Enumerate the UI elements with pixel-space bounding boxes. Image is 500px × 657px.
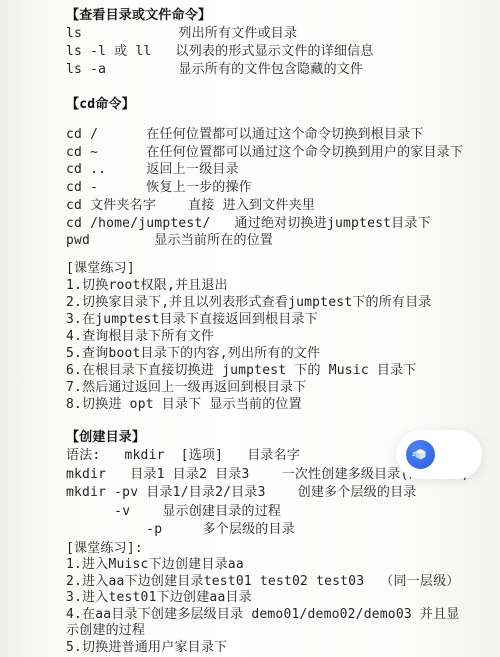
doc-line: cd 文件夹名字 直接 进入到文件夹里 xyxy=(66,197,470,215)
doc-line: 2.进入aa下边创建目录test01 test02 test03 （同一层级） xyxy=(66,574,470,591)
doc-line: 4.查询根目录下所有文件 xyxy=(66,328,470,345)
doc-line: mkdir -pv 目录1/目录2/目录3 创建多个层级的目录 xyxy=(66,484,470,503)
doc-line: 6.在根目录下直接切换进 jumptest 下的 Music 目录下 xyxy=(66,362,470,379)
section-classroom-practice-2: [课堂练习]: 1.进入Muisc下边创建目录aa 2.进入aa下边创建目录te… xyxy=(66,541,470,657)
notes-document: 【查看目录或文件命令】 ls 列出所有文件或目录 ls -l 或 ll 以列表的… xyxy=(0,0,500,657)
doc-line: cd ~ 在任何位置都可以通过这个命令切换到用户的家目录下 xyxy=(66,144,470,162)
section-title: [课堂练习] xyxy=(66,260,470,277)
doc-line: 1.进入Muisc下边创建目录aa xyxy=(66,557,470,574)
document-page: 【查看目录或文件命令】 ls 列出所有文件或目录 ls -l 或 ll 以列表的… xyxy=(0,0,500,657)
doc-line: -v 显示创建目录的过程 xyxy=(66,503,470,522)
doc-line: -p 多个层级的目录 xyxy=(66,521,470,540)
section-title: [课堂练习]: xyxy=(66,541,470,558)
doc-line: 7.然后通过返回上一级再返回到根目录下 xyxy=(66,379,470,396)
doc-line: cd / 在任何位置都可以通过这个命令切换到根目录下 xyxy=(66,126,470,144)
assistant-cube-icon xyxy=(412,446,429,463)
section-title: 【查看目录或文件命令】 xyxy=(66,7,470,25)
doc-line: ls -a 显示所有的文件包含隐藏的文件 xyxy=(66,61,470,79)
doc-line: 5.切换进普通用户家目录下 xyxy=(66,640,470,657)
doc-line: 8.切换进 opt 目录下 显示当前的位置 xyxy=(66,396,470,413)
doc-line: cd - 恢复上一步的操作 xyxy=(66,179,470,197)
doc-line: cd /home/jumptest/ 通过绝对切换进jumptest目录下 xyxy=(66,215,470,233)
doc-line: 4.在aa目录下创建多层级目录 demo01/demo02/demo03 并且显… xyxy=(66,607,470,640)
section-classroom-practice-1: [课堂练习] 1.切换root权限,并且退出 2.切换家目录下,并且以列表形式查… xyxy=(66,260,470,413)
section-title: 【cd命令】 xyxy=(66,96,470,114)
section-cd-commands: 【cd命令】 cd / 在任何位置都可以通过这个命令切换到根目录下 cd ~ 在… xyxy=(66,96,470,250)
doc-line: ls -l 或 ll 以列表的形式显示文件的详细信息 xyxy=(66,43,470,61)
blank-gap xyxy=(66,114,470,126)
doc-line: cd .. 返回上一级目录 xyxy=(66,161,470,179)
doc-line: ls 列出所有文件或目录 xyxy=(66,25,470,43)
doc-line: 2.切换家目录下,并且以列表形式查看jumptest下的所有目录 xyxy=(66,294,470,311)
section-list-commands: 【查看目录或文件命令】 ls 列出所有文件或目录 ls -l 或 ll 以列表的… xyxy=(66,7,470,79)
doc-line: 1.切换root权限,并且退出 xyxy=(66,277,470,294)
doc-line: pwd 显示当前所在的位置 xyxy=(66,232,470,250)
assistant-button[interactable] xyxy=(406,440,435,469)
doc-line: 3.进入test01下边创建aa目录 xyxy=(66,590,470,607)
doc-line: 3.在jumptest目录下直接返回到根目录下 xyxy=(66,311,470,328)
doc-line: 5.查询boot目录下的内容,列出所有的文件 xyxy=(66,345,470,362)
